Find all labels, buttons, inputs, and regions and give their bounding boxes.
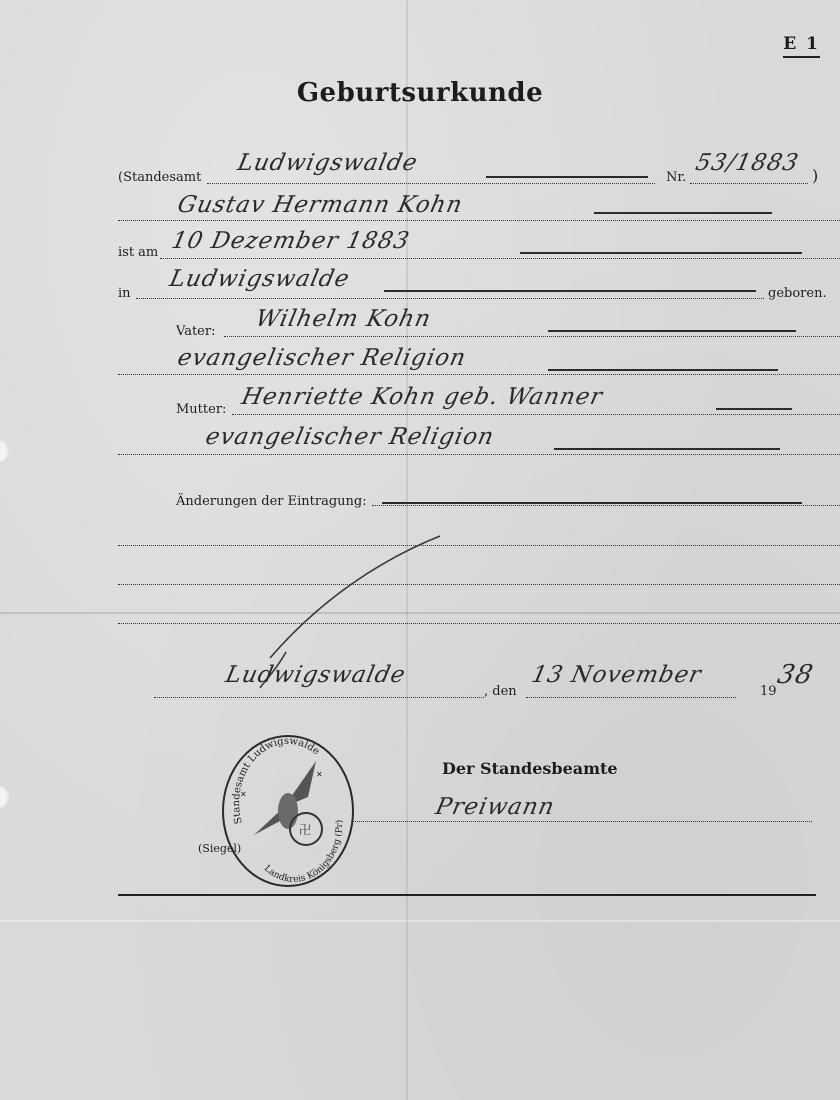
svg-text:✕: ✕ bbox=[316, 770, 323, 779]
changes-dotted-line-3 bbox=[118, 584, 840, 585]
den-label: , den bbox=[484, 684, 517, 699]
punch-hole-icon bbox=[0, 440, 10, 462]
fill-dash bbox=[486, 176, 648, 178]
child-name-value: Gustav Hermann Kohn bbox=[175, 192, 465, 218]
form-code: E 1 bbox=[783, 34, 820, 58]
document-title: Geburtsurkunde bbox=[0, 78, 840, 108]
lower-fold-crease bbox=[0, 920, 840, 922]
name-dotted-line bbox=[118, 220, 840, 221]
signature-value: Preiwann bbox=[433, 794, 557, 820]
fill-dash bbox=[716, 408, 792, 410]
nr-label: Nr. bbox=[666, 170, 686, 185]
father-religion-value: evangelischer Religion bbox=[175, 345, 469, 371]
changes-dotted-line-2 bbox=[118, 545, 840, 546]
birth-place-value: Ludwigswalde bbox=[167, 266, 352, 292]
father-name-value: Wilhelm Kohn bbox=[253, 306, 433, 332]
svg-text:卍: 卍 bbox=[299, 823, 311, 837]
changes-dotted-line-4 bbox=[118, 623, 840, 624]
changes-label: Änderungen der Eintragung: bbox=[176, 494, 367, 509]
punch-hole-icon bbox=[0, 786, 10, 808]
official-seal: Standesamt Ludwigswalde Landkreis Königs… bbox=[222, 735, 354, 887]
mother-name-value: Henriette Kohn geb. Wanner bbox=[239, 384, 605, 410]
mother-religion-dotted-line bbox=[118, 454, 840, 455]
eagle-emblem-icon: Standesamt Ludwigswalde Landkreis Königs… bbox=[224, 737, 352, 885]
year-prefix: 19 bbox=[760, 684, 777, 699]
date-label: ist am bbox=[118, 245, 158, 260]
place-label: in bbox=[118, 286, 131, 301]
fill-dash bbox=[384, 290, 756, 292]
birth-date-value: 10 Dezember 1883 bbox=[169, 228, 412, 254]
father-dotted-line bbox=[224, 336, 840, 337]
standesamt-value: Ludwigswalde bbox=[235, 150, 420, 176]
mother-religion-value: evangelischer Religion bbox=[203, 424, 497, 450]
father-label: Vater: bbox=[176, 324, 215, 339]
fill-dash bbox=[520, 252, 802, 254]
nr-close-paren: ) bbox=[812, 166, 818, 185]
svg-text:✕: ✕ bbox=[240, 790, 247, 799]
birth-certificate-page: E 1 Geburtsurkunde (Standesamt Ludwigswa… bbox=[0, 0, 840, 1100]
signature-dotted-line bbox=[352, 821, 812, 822]
date-dotted-line bbox=[160, 258, 840, 259]
bottom-rule bbox=[118, 894, 816, 896]
changes-dotted-line bbox=[372, 505, 840, 506]
nr-value: 53/1883 bbox=[693, 150, 801, 176]
mother-label: Mutter: bbox=[176, 402, 226, 417]
fill-dash bbox=[594, 212, 772, 214]
fill-dash bbox=[548, 369, 778, 371]
standesamt-dotted-line bbox=[207, 183, 655, 184]
father-religion-dotted-line bbox=[118, 374, 840, 375]
seal-label: (Siegel) bbox=[198, 842, 241, 855]
place-dotted-line bbox=[136, 298, 764, 299]
fill-dash bbox=[548, 330, 796, 332]
changes-strike-line bbox=[382, 502, 802, 504]
issue-place-value: Ludwigswalde bbox=[223, 662, 408, 688]
standesamt-label: (Standesamt bbox=[118, 170, 201, 185]
issue-date-value: 13 November bbox=[529, 662, 704, 688]
nr-dotted-line bbox=[690, 183, 808, 184]
issue-place-dotted-line bbox=[154, 697, 484, 698]
fill-dash bbox=[554, 448, 780, 450]
year-suffix-value: 38 bbox=[775, 660, 816, 690]
born-label: geboren. bbox=[768, 286, 827, 301]
mother-dotted-line bbox=[232, 414, 840, 415]
issue-date-dotted-line bbox=[526, 697, 736, 698]
signatory-title: Der Standesbeamte bbox=[442, 759, 618, 778]
